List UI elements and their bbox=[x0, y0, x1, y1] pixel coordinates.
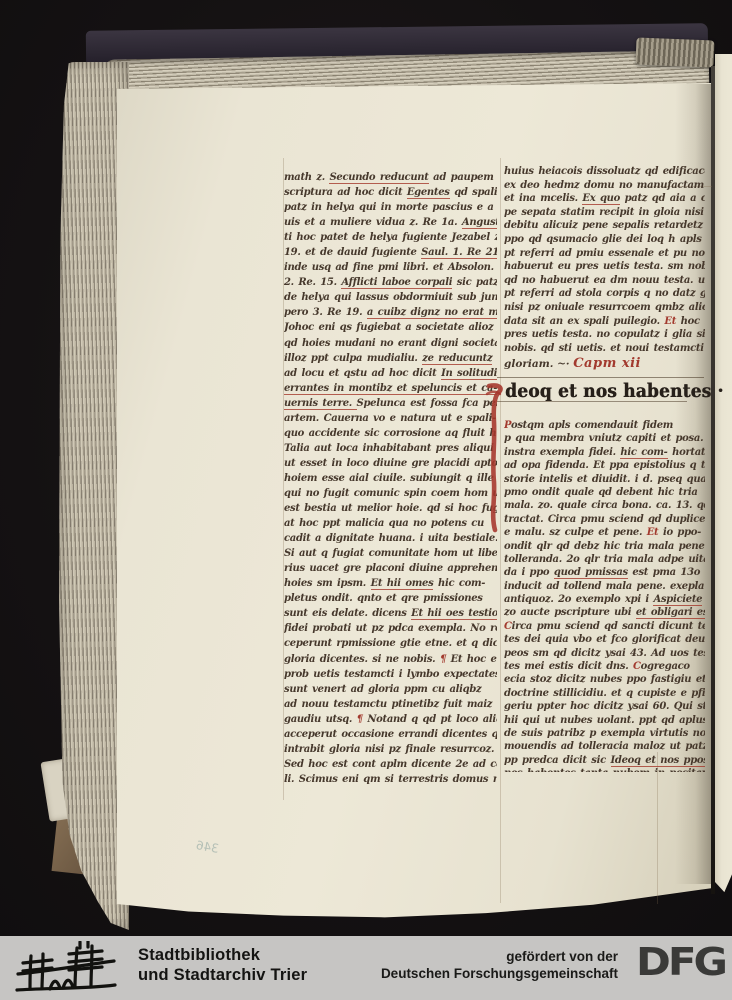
manuscript-line: sunt eis delate. dicens Et hii oes testi… bbox=[284, 608, 497, 623]
manuscript-line: mouendis ad tolleracia maloz ut patz bbox=[504, 741, 705, 754]
manuscript-line: doctrine stillicidiu. et q cupiste e pfi… bbox=[504, 688, 705, 701]
manuscript-line: storie intelis et diuidit. i d. pseq qua bbox=[504, 474, 705, 487]
rubric-chapter-number: Capm xii bbox=[573, 356, 641, 371]
manuscript-line: artem. Cauerna vo e natura ut e spali- bbox=[284, 413, 497, 428]
manuscript-line: inducit ad tollend mala pene. exepla bbox=[504, 581, 705, 594]
manuscript-line: inde usq ad fine pmi libri. et Absolon. bbox=[284, 262, 497, 277]
funding-line2: Deutschen Forschungsgemeinschaft bbox=[381, 965, 618, 982]
manuscript-line: geriu ppter hoc dicitz ysai 60. Qui st. bbox=[504, 701, 705, 714]
manuscript-line: pmo ondit quale qd debent hic tria bbox=[504, 487, 705, 500]
library-name-line2: und Stadtarchiv Trier bbox=[138, 965, 307, 985]
manuscript-line: ex deo hedmz domu no manufactam h. bbox=[504, 180, 705, 194]
manuscript-line: instra exempla fidei. hic com- hortatur bbox=[504, 447, 705, 460]
manuscript-line: ppo qd qsumacio glie dei loq h apls bbox=[504, 234, 705, 248]
manuscript-line: prob uetis testamcti i lymbo expectates. bbox=[284, 669, 497, 684]
manuscript-line: habuerut eu pres uetis testa. sm nob bbox=[504, 261, 705, 275]
manuscript-line: pletus ondit. qnto et qre pmissiones bbox=[284, 593, 497, 608]
manuscript-line: illoz ppt culpa mudialiu. ze reducuntz bbox=[284, 353, 497, 368]
manuscript-line: huius heiacois dissoluatz qd edificacoem bbox=[504, 166, 705, 180]
manuscript-line: Circa pmu sciend qd sancti dicunt tes- bbox=[504, 621, 705, 634]
manuscript-line: uernis terre. Spelunca est fossa fca per bbox=[284, 398, 497, 413]
manuscript-line: rius uacet gre placoni diuine apprehendi… bbox=[284, 563, 497, 578]
ruling-line-vertical bbox=[657, 752, 658, 904]
manuscript-line: hoies sm ipsm. Et hii omes hic com- bbox=[284, 578, 497, 593]
spine-headband bbox=[636, 38, 715, 68]
manuscript-line: e malu. sz culpe et pene. Et io ppo- bbox=[504, 527, 705, 540]
chapter-rubric: gloriam. ~· Capm xii bbox=[504, 356, 704, 371]
manuscript-line: mala. zo. quale circa bona. ca. 13. qd i bbox=[504, 500, 705, 513]
manuscript-line: intrabit gloria nisi pz finale resurrcoz… bbox=[284, 744, 497, 759]
digitized-manuscript-view: 346 math z. Secundo reducunt ad paupem s… bbox=[0, 0, 732, 1000]
manuscript-line: antiquoz. 2o exemplo xpi i Aspiciete bbox=[504, 594, 705, 607]
manuscript-line: fidei probati ut pz pdca exempla. No re- bbox=[284, 623, 497, 638]
manuscript-line: zo aucte pscripture ubi et obligari esti… bbox=[504, 607, 705, 620]
porta-nigra-icon bbox=[14, 941, 118, 995]
manuscript-line: ti hoc patet de helya fugiente Jezabel z… bbox=[284, 232, 497, 247]
manuscript-line: pp predca dicit sic Ideoq et nos pposio- bbox=[504, 755, 705, 768]
manuscript-line: tractat. Circa pmu sciend qd duplice bbox=[504, 514, 705, 527]
manuscript-line: acceperut occasione errandi dicentes q n… bbox=[284, 729, 497, 744]
funding-line1: gefördert von der bbox=[381, 948, 618, 965]
manuscript-line: quo accidente sic corrosione aq fluit hu… bbox=[284, 428, 497, 443]
manuscript-line: nisi pz oniuale resurrcoem qmbz alicbus bbox=[504, 302, 705, 316]
manuscript-line: errantes in montibz et speluncis et ca- bbox=[284, 383, 497, 398]
facing-page-sliver bbox=[715, 54, 732, 898]
manuscript-line: cadit a dignitate huana. i uita bestiale… bbox=[284, 533, 497, 548]
manuscript-line: Johoc eni qs fugiebat a societate alioz … bbox=[284, 322, 497, 337]
manuscript-line: hii qui ut nubes uolant. ppt qd aplus bbox=[504, 715, 705, 728]
manuscript-line: nobis. qd sti uetis. et noui testamcti s… bbox=[504, 343, 705, 357]
manuscript-line: li. Scimus eni qm si terrestris domus nr… bbox=[284, 774, 497, 784]
manuscript-line: debitu alicuiz pene sepalis retardetz bbox=[504, 220, 705, 234]
manuscript-line: gaudiu utsq. ¶ Notand q qd pt loco aliqz bbox=[284, 714, 497, 729]
manuscript-line: ad opa fidenda. Et ppa epistolius q teno… bbox=[504, 460, 705, 473]
manuscript-line: pt referri ad pmiu essenale et pu no bbox=[504, 248, 705, 262]
manuscript-line: ecia stoz dicitz nubes ppo fastigiu et bbox=[504, 674, 705, 687]
manuscript-line: ondit qlr qd debz hic tria mala pene bbox=[504, 541, 705, 554]
red-initial-I-icon bbox=[485, 382, 505, 534]
manuscript-line: tes mei estis dicit dns. Cogregaco bbox=[504, 661, 705, 674]
manuscript-line: patz in helya qui in morte pascius e a c… bbox=[284, 202, 497, 217]
manuscript-line: est bestia ut melior hoie. qd si hoc fug… bbox=[284, 503, 497, 518]
library-name: Stadtbibliothek und Stadtarchiv Trier bbox=[138, 945, 307, 985]
manuscript-line: qd no habuerut ea dm nouu testa. ut bbox=[504, 275, 705, 289]
manuscript-line: qd hoies mudani no erant digni societate bbox=[284, 338, 497, 353]
chapter-heading: deoq et nos habentes · bbox=[497, 378, 704, 404]
manuscript-line: de suis patribz p exempla virtutis nob bbox=[504, 728, 705, 741]
manuscript-line: ut esset in loco diuine gre placidi apto… bbox=[284, 458, 497, 473]
manuscript-line: ad locu et qstu ad hoc dicit In solitudi… bbox=[284, 368, 497, 383]
manuscript-line: peos sm qd dicitz ysai 43. Ad uos tes- bbox=[504, 648, 705, 661]
manuscript-line: sunt venert ad gloria ppm cu aliqbz bbox=[284, 684, 497, 699]
manuscript-line: nes habentes tanta nubem in positam bbox=[504, 768, 705, 772]
manuscript-line: p qua membra vniutz capiti et posa. bbox=[504, 433, 705, 446]
manuscript-line: hoiem esse aial ciuile. subiungit q ille bbox=[284, 473, 497, 488]
manuscript-photo: 346 math z. Secundo reducunt ad paupem s… bbox=[0, 0, 732, 936]
manuscript-line: Si aut q fugiat comunitate hom ut libe- bbox=[284, 548, 497, 563]
library-name-line1: Stadtbibliothek bbox=[138, 945, 307, 965]
manuscript-line: qui no fugit comunic spin coem hom ut bbox=[284, 488, 497, 503]
manuscript-line: pero 3. Re 19. a cuibz dignz no erat mud… bbox=[284, 307, 497, 322]
manuscript-line: Talia aut loca inhabitabant pres aliqui bbox=[284, 443, 497, 458]
manuscript-line: ad nouu testamctu ptinetibz fuit maiz bbox=[284, 699, 497, 714]
manuscript-line: math z. Secundo reducunt ad paupem statu bbox=[284, 172, 497, 187]
manuscript-line: tolleranda. 2o qlr tria mala adpe uita- bbox=[504, 554, 705, 567]
manuscript-line: at hoc ppt malicia qua no potens cu bbox=[284, 518, 497, 533]
manuscript-line: et ina mcelis. Ex quo patz qd aia a cor- bbox=[504, 193, 705, 207]
manuscript-line: pres uetis testa. no copulatz i glia sin… bbox=[504, 329, 705, 343]
gutter-crease bbox=[711, 66, 715, 894]
manuscript-line: Sed hoc est cont aplm dicente 2e ad cor bbox=[284, 759, 497, 774]
text-column-right-lower: Postqm apls comendauit fidemp qua membra… bbox=[504, 420, 705, 772]
manuscript-line: pe sepata statim recipit in gloia nisi p… bbox=[504, 207, 705, 221]
manuscript-line: uis et a muliere vidua z. Re 1a. Angusti… bbox=[284, 217, 497, 232]
dfg-logo: DFG bbox=[636, 939, 725, 984]
rubric-catchword: gloriam. ~· bbox=[504, 358, 573, 370]
manuscript-line: ceperunt rpmissione gtie etne. et q dici… bbox=[284, 638, 497, 653]
manuscript-line: pt referri ad stola corpis q no datz gna… bbox=[504, 288, 705, 302]
manuscript-line: 19. et de dauid fugiente Saul. 1. Re 21 … bbox=[284, 247, 497, 262]
funding-credit: gefördert von der Deutschen Forschungsge… bbox=[381, 948, 618, 982]
manuscript-line: Postqm apls comendauit fidem bbox=[504, 420, 705, 433]
manuscript-line: 2. Re. 15. Afflicti laboe corpali sic pa… bbox=[284, 277, 497, 292]
text-column-left: math z. Secundo reducunt ad paupem statu… bbox=[284, 172, 497, 784]
manuscript-line: gloria dicentes. si ne nobis. ¶ Et hoc e… bbox=[284, 654, 497, 669]
manuscript-line: da i ppo quod pmissas est pma 13o qd po bbox=[504, 567, 705, 580]
manuscript-line: de helya qui lassus obdormiuit sub juni- bbox=[284, 292, 497, 307]
manuscript-line: tes dei quia vbo et fco glorificat deus bbox=[504, 634, 705, 647]
text-column-right-upper: huius heiacois dissoluatz qd edificacoem… bbox=[504, 166, 705, 362]
footer-banner: Stadtbibliothek und Stadtarchiv Trier ge… bbox=[0, 936, 732, 1000]
chapter-heading-block: deoq et nos habentes · bbox=[497, 377, 704, 402]
manuscript-line: scriptura ad hoc dicit Egentes qd spalit bbox=[284, 187, 497, 202]
manuscript-line: data sit an ex spali puilegio. Et hoc mo bbox=[504, 316, 705, 330]
